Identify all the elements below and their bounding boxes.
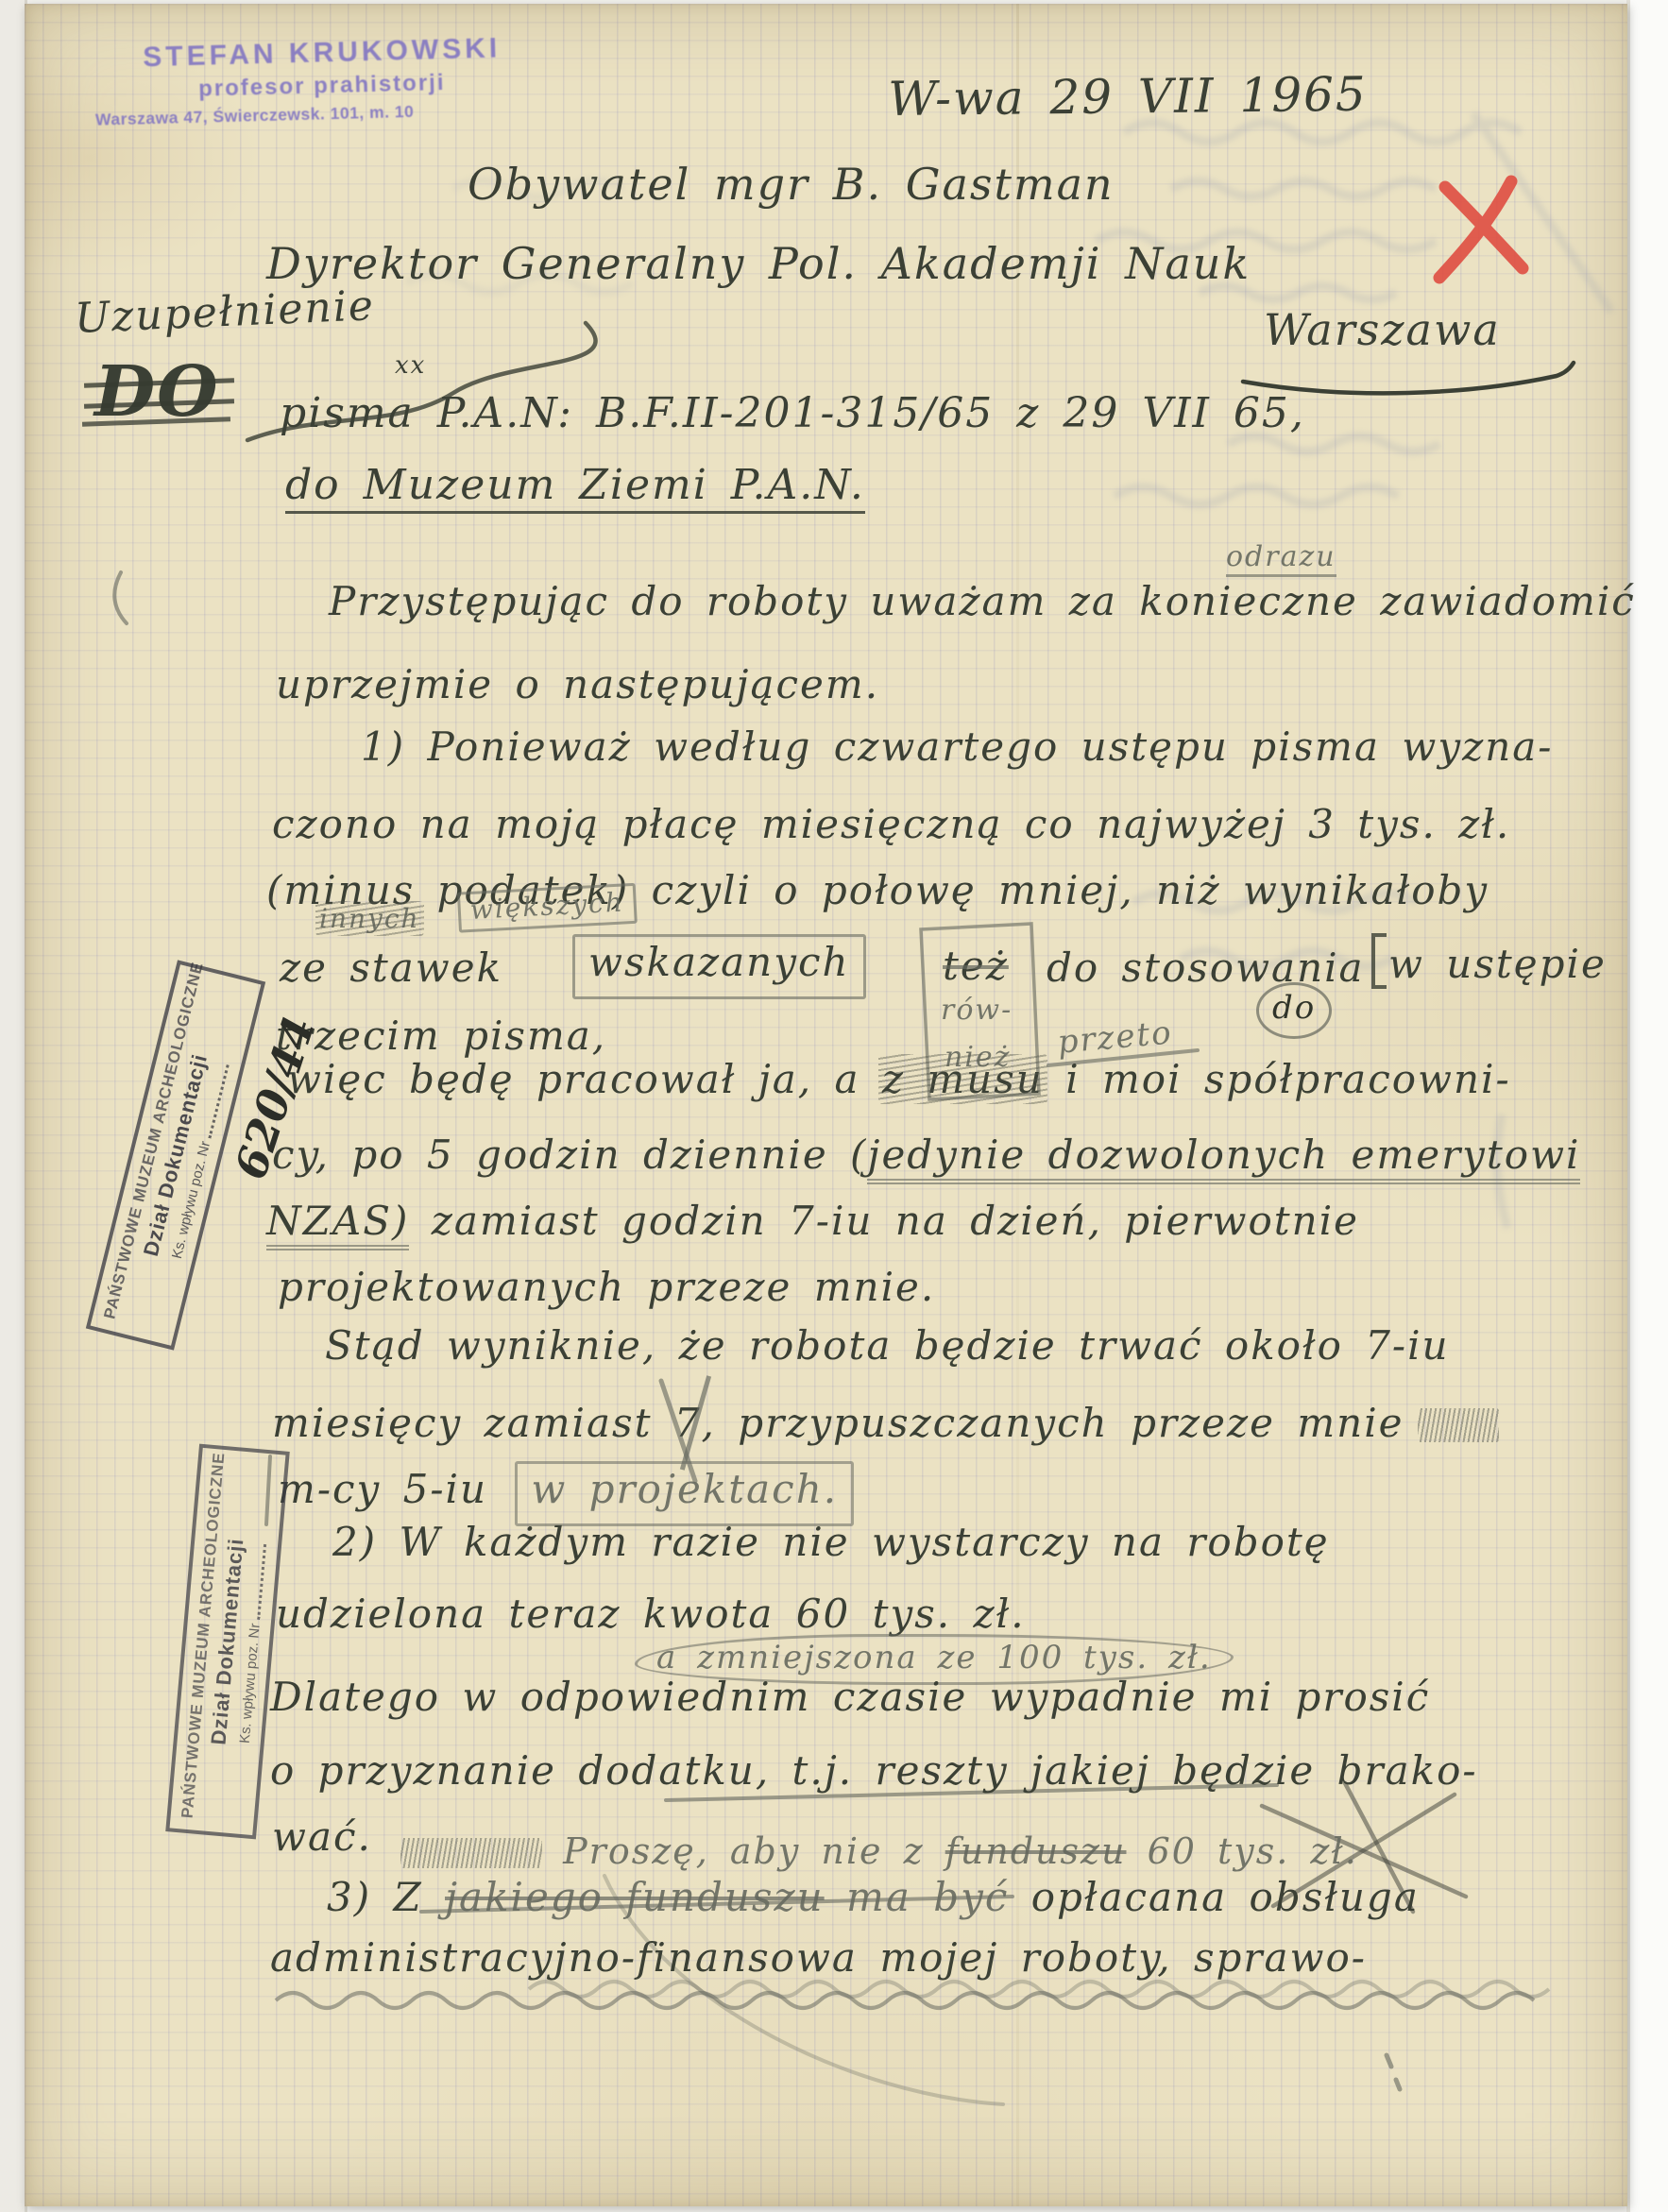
scribbled-out-word — [1418, 1408, 1499, 1442]
body-line: wać. — [272, 1813, 372, 1860]
body-segment: cy, po 5 godzin dziennie ( — [272, 1132, 867, 1178]
body-line: ze stawek — [280, 944, 502, 991]
dotted-line — [247, 1543, 266, 1620]
pencil-segment: Proszę, aby nie z — [542, 1830, 945, 1872]
archive-stamp-register: Ks. wpływu poz. Nr — [237, 1623, 264, 1744]
pencil-crossed-word: innych — [319, 903, 420, 934]
body-line: 1) Ponieważ według czwartego ustępu pism… — [361, 723, 1553, 770]
body-line: projektowanych przeze mnie. — [278, 1264, 935, 1310]
body-line: Przystępując do roboty uważam za koniecz… — [329, 578, 1636, 624]
underlined-phrase: jedynie dozwolonych emerytowi — [867, 1132, 1580, 1184]
sender-title: profesor prahistorji — [198, 68, 502, 102]
crossed-word-funduszu: funduszu — [945, 1830, 1127, 1872]
boxed-phrase-wprojektach: w projektach. — [515, 1461, 854, 1526]
pencil-segment: ma być — [825, 1874, 1031, 1920]
body-line: czono na moją płacę miesięczną co najwyż… — [272, 801, 1510, 847]
body-line: (minus podatek) czyli o połowę mniej, ni… — [266, 867, 1489, 913]
pencil-segment: 60 tys. zł. — [1127, 1830, 1358, 1872]
recipient-name: Obywatel mgr B. Gastman — [468, 159, 1115, 210]
crossed-phrase: jakiego funduszu — [445, 1874, 825, 1920]
sender-address-stamp: STEFAN KRUKOWSKI profesor prahistorji Wa… — [94, 32, 502, 129]
reference-line-1: pisma P.A.N: B.F.II-201-315/65 z 29 VII … — [280, 389, 1305, 437]
body-line: uprzejmie o następującem. — [276, 661, 879, 707]
body-segment: 3) Z — [327, 1874, 445, 1920]
date-line: W-wa 29 VII 1965 — [888, 67, 1368, 127]
body-line: trzecim pisma, — [276, 1012, 606, 1059]
footnote-mark: xx — [395, 351, 426, 380]
body-segment: m-cy 5-iu — [278, 1466, 509, 1512]
body-segment: opłacana obsługa — [1031, 1874, 1420, 1920]
recipient-role: Dyrektor Generalny Pol. Akademji Nauk — [266, 238, 1251, 289]
body-segment: przypuszczanych przeze mnie — [716, 1400, 1404, 1446]
body-line: administracyjno-finansowa mojej roboty, … — [270, 1934, 1367, 1981]
reference-line-2: do Muzeum Ziemi P.A.N. — [285, 461, 865, 514]
underlined-word-nzas: NZAS) — [266, 1198, 409, 1251]
body-line: Stąd wyniknie, że robota będzie trwać ok… — [325, 1322, 1450, 1369]
recipient-city: Warszawa — [1264, 304, 1501, 355]
body-segment: i moi spółpracowni- — [1044, 1056, 1511, 1102]
bracketed-phrase: w ustępie — [1388, 941, 1607, 987]
scanned-letter-page: STEFAN KRUKOWSKI profesor prahistorji Wa… — [0, 0, 1668, 2212]
scribbled-out-word — [400, 1838, 542, 1868]
crossed-digit-7: 7, — [674, 1400, 716, 1446]
crossed-word-tez: też — [943, 943, 1009, 989]
body-line: 2) W każdym razie nie wystarczy na robot… — [332, 1519, 1330, 1565]
body-segment: zamiast godzin 7-iu na dzień, pierwotnie — [409, 1198, 1359, 1244]
body-segment: miesięcy zamiast — [272, 1400, 674, 1446]
body-segment: więc będę pracował ja, a — [287, 1056, 882, 1102]
boxed-word-wskazanych: wskazanych — [572, 934, 866, 999]
body-line: udzielona teraz kwota 60 tys. zł. — [276, 1591, 1026, 1637]
pencil-insert-odrazu: odrazu — [1226, 540, 1336, 577]
body-line: Dlatego w odpowiednim czasie wypadnie mi… — [270, 1674, 1430, 1720]
crossed-phrase-zmusu: z musu — [882, 1056, 1044, 1102]
body-line: o przyznanie dodatku, t.j. reszty jakiej… — [270, 1747, 1478, 1794]
circled-word-do: do — [1256, 982, 1332, 1039]
pencil-stack-row: rów- — [941, 994, 1013, 1027]
